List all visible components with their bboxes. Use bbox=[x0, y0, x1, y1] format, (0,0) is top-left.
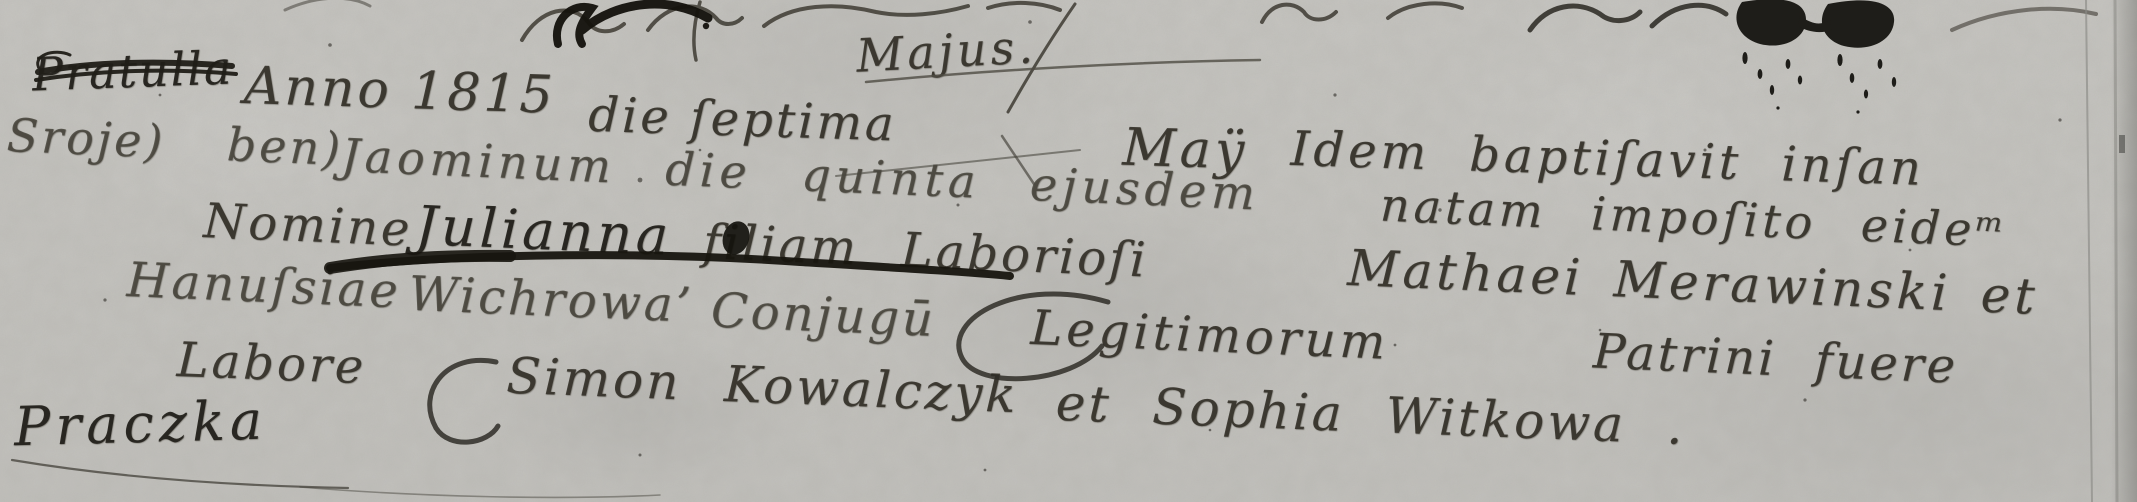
seg-conjugum: Conjugū bbox=[710, 282, 937, 347]
seg-mother-name: Hanuſsiae bbox=[126, 252, 402, 319]
month-header-majus: Majus. bbox=[855, 19, 1038, 82]
seg-labore: Labore bbox=[176, 332, 367, 395]
handwriting-layer: Pratulla Majus. Anno 1815 die ſeptima Ma… bbox=[0, 0, 2137, 502]
document-scan: Pratulla Majus. Anno 1815 die ſeptima Ma… bbox=[0, 0, 2137, 502]
seg-margin-sroje-ben: Sroje) ben) bbox=[6, 108, 344, 176]
seg-name-julianna: Julianna bbox=[414, 194, 673, 268]
page-edge-shadow bbox=[2111, 0, 2137, 502]
seg-nomine: Nomine bbox=[202, 193, 413, 258]
seg-legitimorum: Legitimorum bbox=[1029, 300, 1390, 371]
seg-sophia-witkowa: et Sophia Witkowa . bbox=[1055, 374, 1687, 456]
seg-patrini-fuere: Patrini fuere bbox=[1592, 323, 1959, 394]
seg-simon-kowalczyk: Simon Kowalczyk bbox=[505, 347, 1019, 425]
seg-wichrowa: Wichrowa’ bbox=[407, 266, 695, 334]
bottom-margin-word-praczka: Praczka bbox=[13, 389, 268, 459]
seg-filiam-laboriosi: filiam Laborioſi bbox=[702, 214, 1150, 289]
crossed-out-margin-word: Pratulla bbox=[31, 41, 234, 102]
seg-anno-1815: Anno 1815 bbox=[243, 56, 556, 126]
